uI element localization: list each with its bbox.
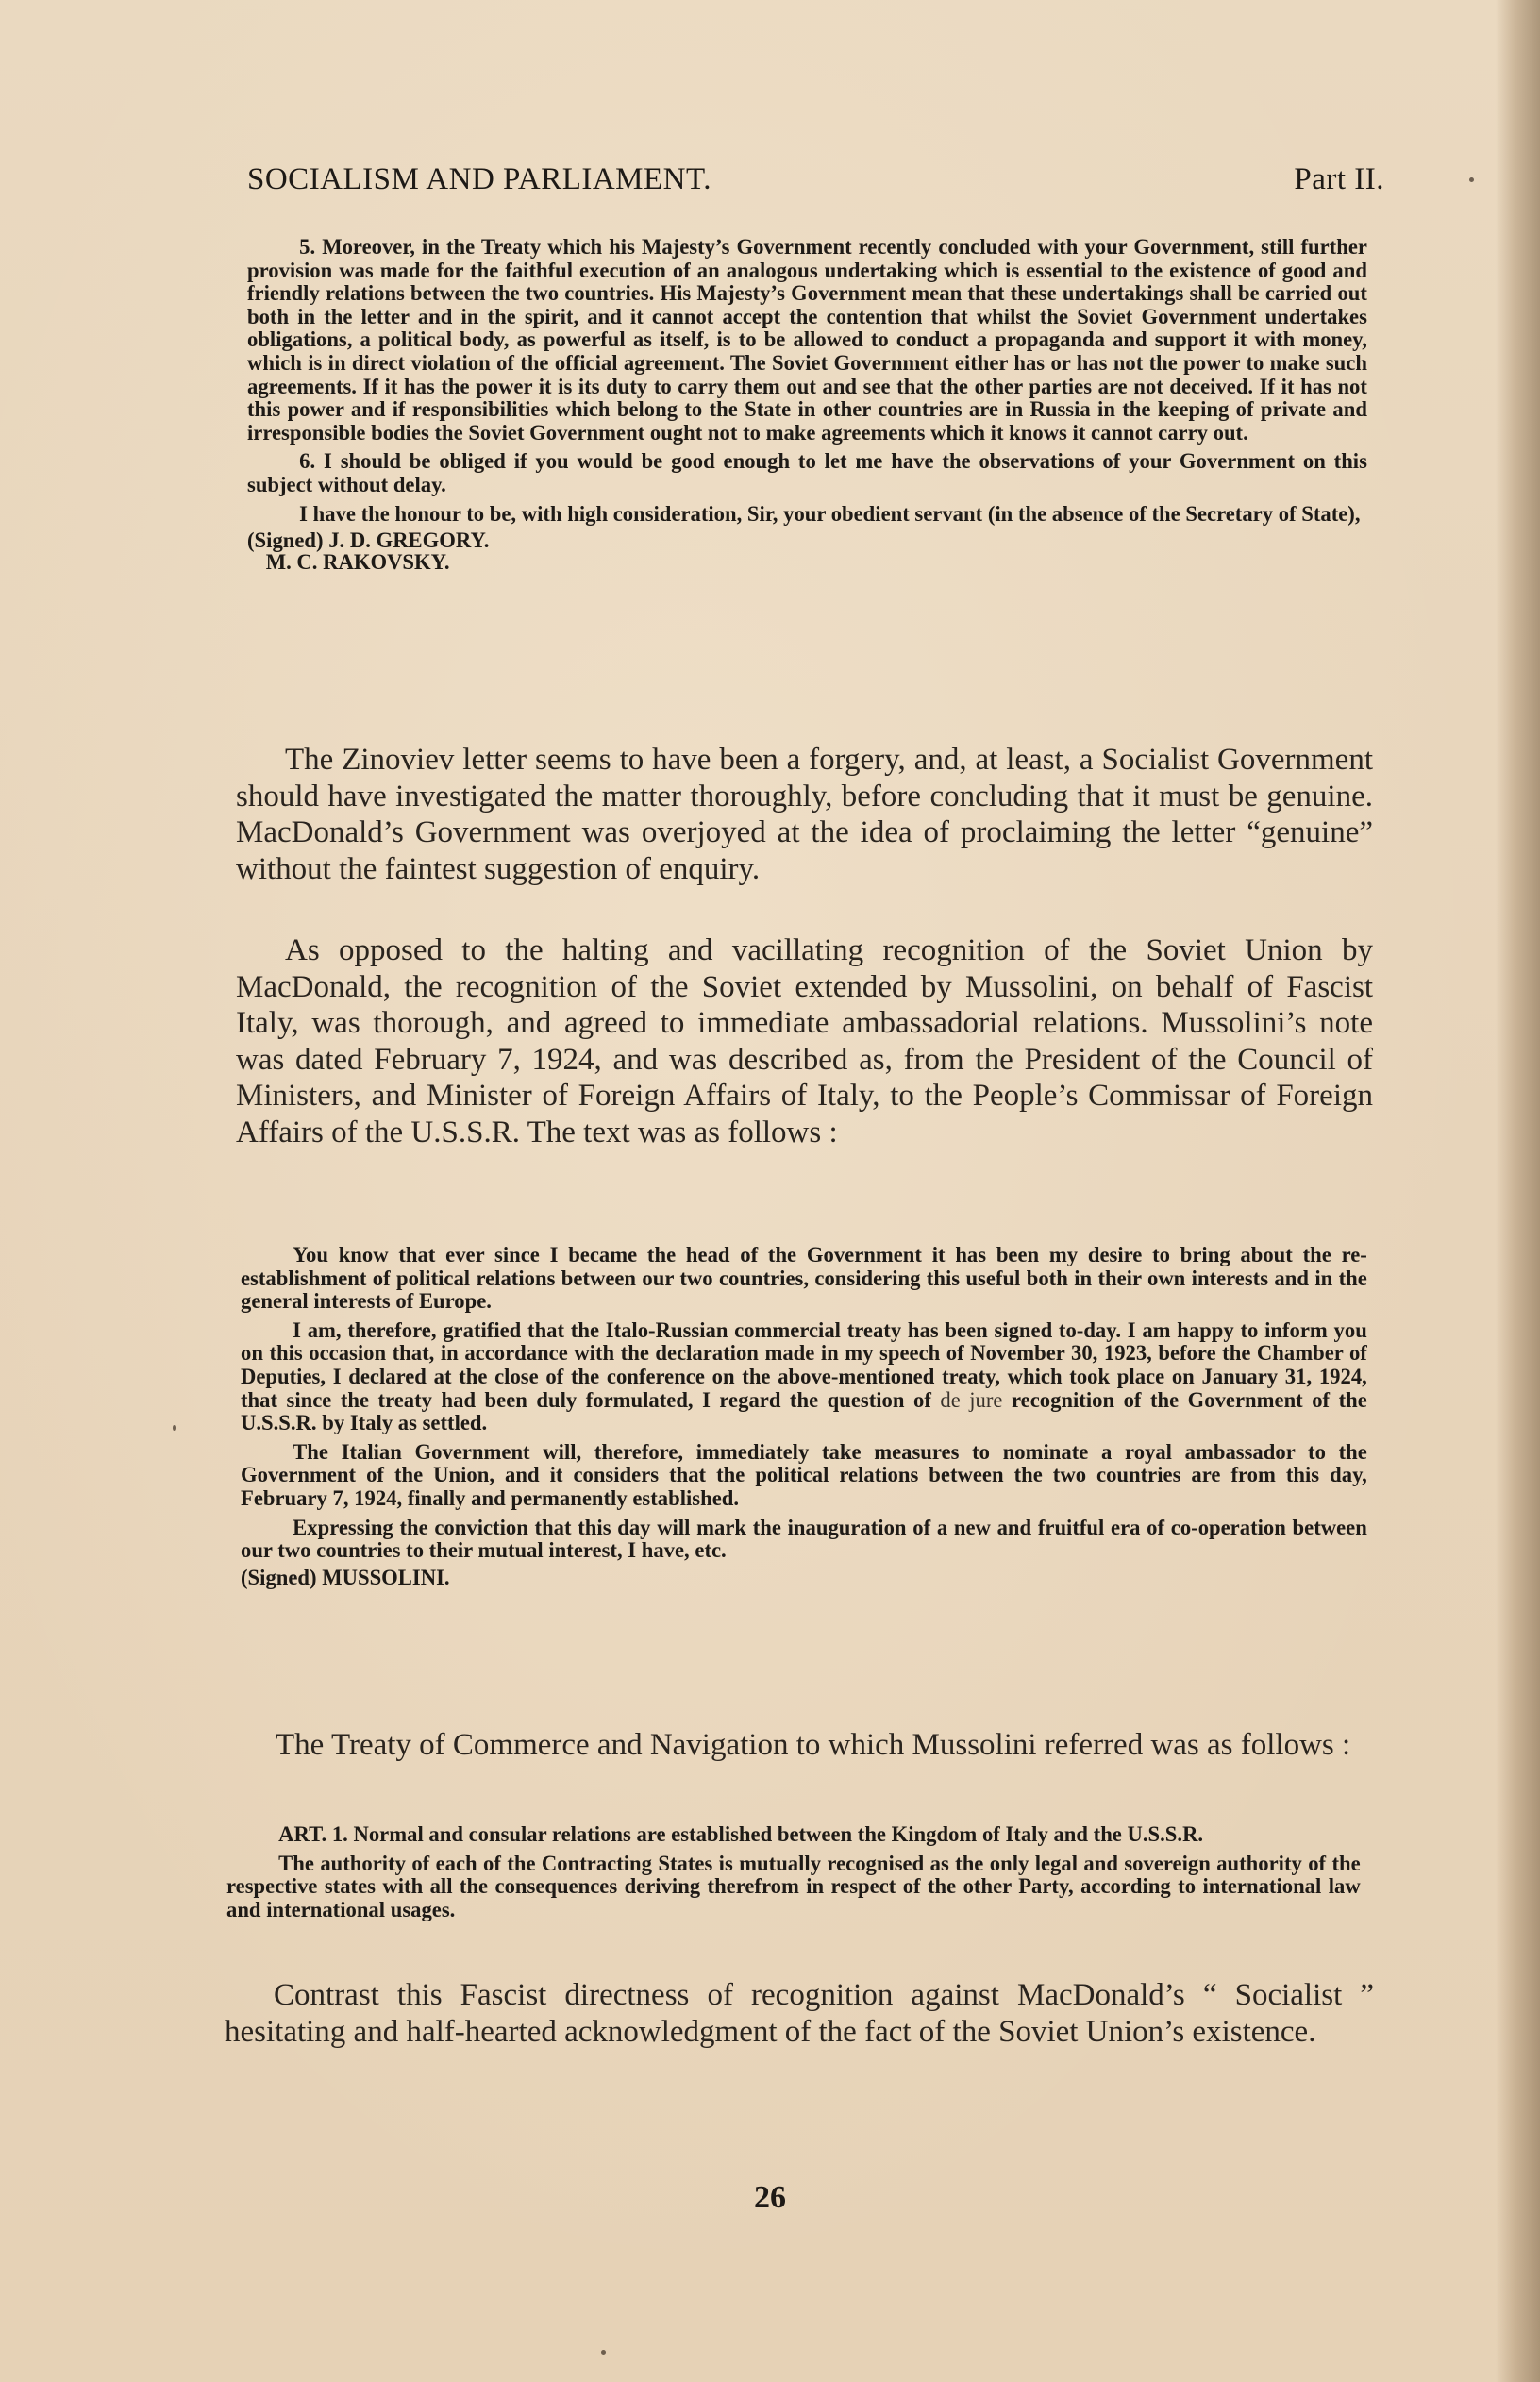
zinoviev-paragraph-block: The Zinoviev letter seems to have been a… bbox=[236, 742, 1373, 887]
page-number: 26 bbox=[0, 2180, 1540, 2216]
letter-closing: I have the honour to be, with high consi… bbox=[247, 503, 1367, 527]
letter-paragraph-6: 6. I should be obliged if you would be g… bbox=[247, 450, 1367, 496]
contrast-paragraph-block: Contrast this Fascist directness of reco… bbox=[225, 1977, 1374, 2050]
mussolini-letter: You know that ever since I became the he… bbox=[241, 1244, 1367, 1589]
contrast-paragraph: Contrast this Fascist directness of reco… bbox=[225, 1977, 1374, 2050]
treaty-intro-block: The Treaty of Commerce and Navigation to… bbox=[226, 1727, 1373, 1764]
paper-speck bbox=[1469, 177, 1474, 182]
opposed-paragraph-block: As opposed to the halting and vacillatin… bbox=[236, 932, 1373, 1150]
zinoviev-paragraph: The Zinoviev letter seems to have been a… bbox=[236, 742, 1373, 887]
mussolini-signature: (Signed) MUSSOLINI. bbox=[241, 1567, 1367, 1590]
treaty-article-1: ART. 1. Normal and consular relations ar… bbox=[226, 1823, 1361, 1847]
treaty-authority-paragraph: The authority of each of the Contracting… bbox=[226, 1853, 1361, 1922]
part-label: Part II. bbox=[1294, 162, 1384, 197]
treaty-intro-paragraph: The Treaty of Commerce and Navigation to… bbox=[226, 1727, 1373, 1764]
paper-speck bbox=[601, 2350, 606, 2355]
treaty-text: ART. 1. Normal and consular relations ar… bbox=[226, 1823, 1361, 1921]
opposed-paragraph: As opposed to the halting and vacillatin… bbox=[236, 932, 1373, 1150]
running-header: SOCIALISM AND PARLIAMENT. Part II. bbox=[247, 162, 1384, 197]
mussolini-paragraph-2: I am, therefore, gratified that the Ital… bbox=[241, 1319, 1367, 1435]
book-page: SOCIALISM AND PARLIAMENT. Part II. 5. Mo… bbox=[0, 0, 1540, 2382]
mussolini-paragraph-1: You know that ever since I became the he… bbox=[241, 1244, 1367, 1314]
letter-paragraph-5: 5. Moreover, in the Treaty which his Maj… bbox=[247, 236, 1367, 445]
gregory-letter: 5. Moreover, in the Treaty which his Maj… bbox=[247, 236, 1367, 574]
addressee-rakovsky: M. C. RAKOVSKY. bbox=[247, 551, 1367, 575]
mussolini-paragraph-4: Expressing the conviction that this day … bbox=[241, 1517, 1367, 1563]
de-jure-italic: de jure bbox=[940, 1388, 1002, 1412]
mussolini-paragraph-3: The Italian Government will, therefore, … bbox=[241, 1441, 1367, 1511]
running-title: SOCIALISM AND PARLIAMENT. bbox=[247, 162, 711, 197]
paper-speck bbox=[173, 1425, 176, 1431]
